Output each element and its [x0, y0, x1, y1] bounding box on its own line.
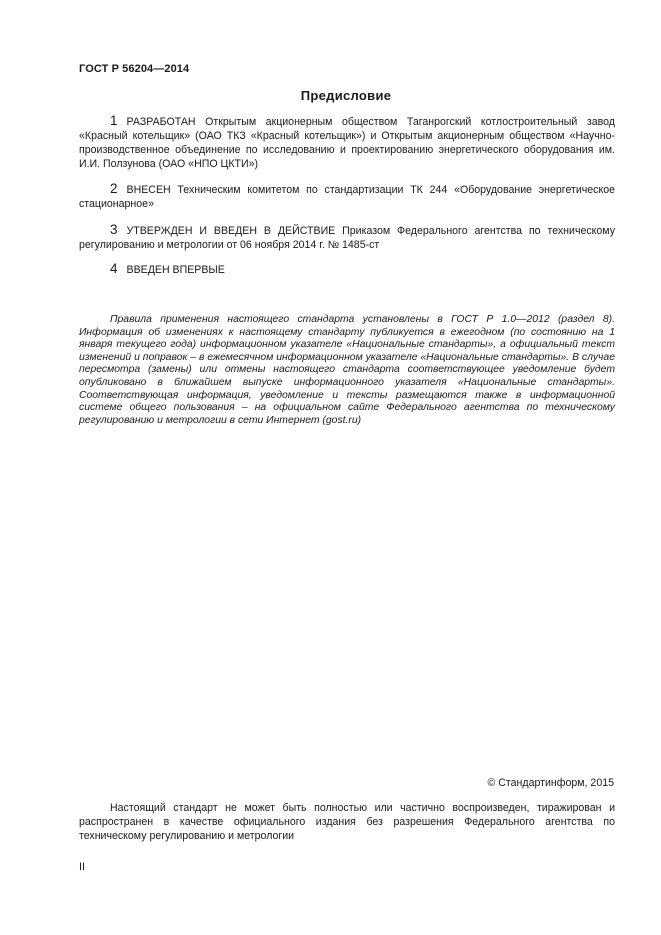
- item-number: 4: [110, 262, 118, 276]
- item-text: УТВЕРЖДЕН И ВВЕДЕН В ДЕЙСТВИЕ Приказом Ф…: [79, 225, 615, 251]
- legal-text: Настоящий стандарт не может быть полност…: [79, 802, 615, 842]
- item-text: ВВЕДЕН ВПЕРВЫЕ: [127, 264, 225, 276]
- foreword-item-3: 3УТВЕРЖДЕН И ВВЕДЕН В ДЕЙСТВИЕ Приказом …: [79, 223, 615, 252]
- notice-text: Правила применения настоящего стандарта …: [79, 314, 615, 426]
- item-text: ВНЕСЕН Техническим комитетом по стандарт…: [79, 184, 615, 210]
- item-number: 1: [110, 114, 118, 128]
- page-number: II: [79, 861, 85, 873]
- item-number: 2: [110, 182, 118, 196]
- foreword-item-4: 4ВВЕДЕН ВПЕРВЫЕ: [79, 262, 615, 277]
- reproduction-notice: Настоящий стандарт не может быть полност…: [79, 801, 615, 843]
- item-number: 3: [110, 223, 118, 237]
- application-rules-notice: Правила применения настоящего стандарта …: [79, 314, 615, 427]
- page-title: Предисловие: [0, 88, 661, 103]
- item-text: РАЗРАБОТАН Открытым акционерным общество…: [79, 116, 615, 170]
- copyright-line: © Стандартинформ, 2015: [488, 777, 614, 789]
- standard-code-header: ГОСТ Р 56204—2014: [79, 63, 189, 75]
- foreword-item-2: 2ВНЕСЕН Техническим комитетом по стандар…: [79, 182, 615, 211]
- foreword-item-1: 1РАЗРАБОТАН Открытым акционерным обществ…: [79, 114, 615, 171]
